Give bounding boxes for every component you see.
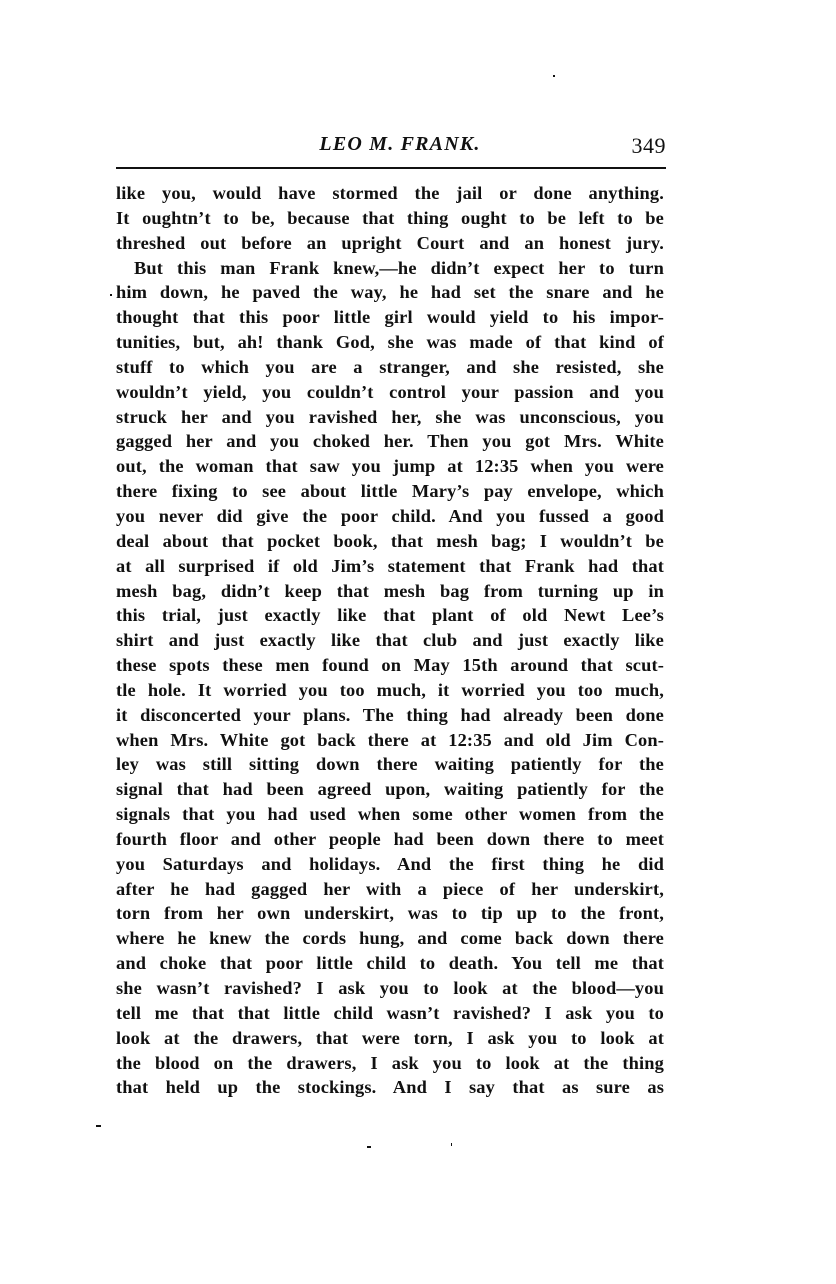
text-line: it disconcerted your plans. The thing ha… <box>116 703 664 728</box>
text-line-content: these spots these men found on May 15th … <box>116 653 664 678</box>
text-line: wouldn’t yield, you couldn’t control you… <box>116 380 664 405</box>
header-rule <box>116 167 666 169</box>
text-line-content: wouldn’t yield, you couldn’t control you… <box>116 380 664 405</box>
text-line-content: signal that had been agreed upon, waitin… <box>116 777 664 802</box>
text-line: ley was still sitting down there waiting… <box>116 752 664 777</box>
text-line: fourth floor and other people had been d… <box>116 827 664 852</box>
text-line: look at the drawers, that were torn, I a… <box>116 1026 664 1051</box>
text-line-content: this trial, just exactly like that plant… <box>116 603 664 628</box>
scan-speck <box>110 294 112 296</box>
text-line-content: tell me that that little child wasn’t ra… <box>116 1001 664 1026</box>
text-line-content: him down, he paved the way, he had set t… <box>116 280 664 305</box>
text-line: like you, would have stormed the jail or… <box>116 181 664 206</box>
text-line-content: torn from her own underskirt, was to tip… <box>116 901 664 926</box>
text-line: these spots these men found on May 15th … <box>116 653 664 678</box>
scan-speck <box>367 1146 371 1148</box>
scan-speck <box>451 1143 452 1146</box>
text-line: stuff to which you are a stranger, and s… <box>116 355 664 380</box>
text-line: signal that had been agreed upon, waitin… <box>116 777 664 802</box>
text-line-content: tunities, but, ah! thank God, she was ma… <box>116 330 664 355</box>
text-line: tunities, but, ah! thank God, she was ma… <box>116 330 664 355</box>
text-line: after he had gagged her with a piece of … <box>116 877 664 902</box>
text-line-content: at all surprised if old Jim’s statement … <box>116 554 664 579</box>
scan-speck <box>553 75 555 77</box>
text-line-content: like you, would have stormed the jail or… <box>116 181 664 206</box>
book-page: LEO M. FRANK. 349 like you, would have s… <box>0 0 836 1284</box>
text-line-content: ley was still sitting down there waiting… <box>116 752 664 777</box>
running-header: LEO M. FRANK. 349 <box>116 133 666 163</box>
text-line-content: signals that you had used when some othe… <box>116 802 664 827</box>
text-line: tell me that that little child wasn’t ra… <box>116 1001 664 1026</box>
text-line: when Mrs. White got back there at 12:35 … <box>116 728 664 753</box>
text-line-content: fourth floor and other people had been d… <box>116 827 664 852</box>
text-line: torn from her own underskirt, was to tip… <box>116 901 664 926</box>
text-line-content: you Saturdays and holidays. And the firs… <box>116 852 664 877</box>
page-number: 349 <box>632 133 667 159</box>
text-line-content: gagged her and you choked her. Then you … <box>116 429 664 454</box>
text-line: deal about that pocket book, that mesh b… <box>116 529 664 554</box>
paragraph-start-line: But this man Frank knew,—he didn’t expec… <box>116 256 664 281</box>
text-line: out, the woman that saw you jump at 12:3… <box>116 454 664 479</box>
running-title: LEO M. FRANK. <box>116 133 666 156</box>
text-line-content: thought that this poor little girl would… <box>116 305 664 330</box>
text-line: signals that you had used when some othe… <box>116 802 664 827</box>
text-line: It oughtn’t to be, because that thing ou… <box>116 206 664 231</box>
text-line-content: mesh bag, didn’t keep that mesh bag from… <box>116 579 664 604</box>
text-line: you Saturdays and holidays. And the firs… <box>116 852 664 877</box>
text-line: shirt and just exactly like that club an… <box>116 628 664 653</box>
text-line: struck her and you ravished her, she was… <box>116 405 664 430</box>
text-line-content: threshed out before an upright Court and… <box>116 231 664 256</box>
text-line-content: struck her and you ravished her, she was… <box>116 405 664 430</box>
text-line-content: shirt and just exactly like that club an… <box>116 628 664 653</box>
body-text: like you, would have stormed the jail or… <box>116 181 664 1100</box>
text-line-content: and choke that poor little child to deat… <box>116 951 664 976</box>
text-line-content: it disconcerted your plans. The thing ha… <box>116 703 664 728</box>
text-line: there fixing to see about little Mary’s … <box>116 479 664 504</box>
text-line-content: after he had gagged her with a piece of … <box>116 877 664 902</box>
text-line-content: deal about that pocket book, that mesh b… <box>116 529 664 554</box>
text-line: thought that this poor little girl would… <box>116 305 664 330</box>
text-line-content: out, the woman that saw you jump at 12:3… <box>116 454 664 479</box>
text-line: you never did give the poor child. And y… <box>116 504 664 529</box>
text-line-content: stuff to which you are a stranger, and s… <box>116 355 664 380</box>
text-line: where he knew the cords hung, and come b… <box>116 926 664 951</box>
text-line-content: that held up the stockings. And I say th… <box>116 1075 664 1100</box>
text-line: this trial, just exactly like that plant… <box>116 603 664 628</box>
text-line: at all surprised if old Jim’s statement … <box>116 554 664 579</box>
text-line: she wasn’t ravished? I ask you to look a… <box>116 976 664 1001</box>
text-line-content: But this man Frank knew,—he didn’t expec… <box>134 256 664 281</box>
text-line-content: the blood on the drawers, I ask you to l… <box>116 1051 664 1076</box>
text-line: gagged her and you choked her. Then you … <box>116 429 664 454</box>
text-line: and choke that poor little child to deat… <box>116 951 664 976</box>
text-line: threshed out before an upright Court and… <box>116 231 664 256</box>
text-line: him down, he paved the way, he had set t… <box>116 280 664 305</box>
text-line-content: look at the drawers, that were torn, I a… <box>116 1026 664 1051</box>
scan-speck <box>96 1125 101 1127</box>
text-line-content: she wasn’t ravished? I ask you to look a… <box>116 976 664 1001</box>
text-line-content: there fixing to see about little Mary’s … <box>116 479 664 504</box>
text-line: that held up the stockings. And I say th… <box>116 1075 664 1100</box>
text-line: the blood on the drawers, I ask you to l… <box>116 1051 664 1076</box>
text-line-content: you never did give the poor child. And y… <box>116 504 664 529</box>
text-line-content: tle hole. It worried you too much, it wo… <box>116 678 664 703</box>
text-line-content: where he knew the cords hung, and come b… <box>116 926 664 951</box>
text-line-content: It oughtn’t to be, because that thing ou… <box>116 206 664 231</box>
text-line: tle hole. It worried you too much, it wo… <box>116 678 664 703</box>
text-line: mesh bag, didn’t keep that mesh bag from… <box>116 579 664 604</box>
text-line-content: when Mrs. White got back there at 12:35 … <box>116 728 664 753</box>
